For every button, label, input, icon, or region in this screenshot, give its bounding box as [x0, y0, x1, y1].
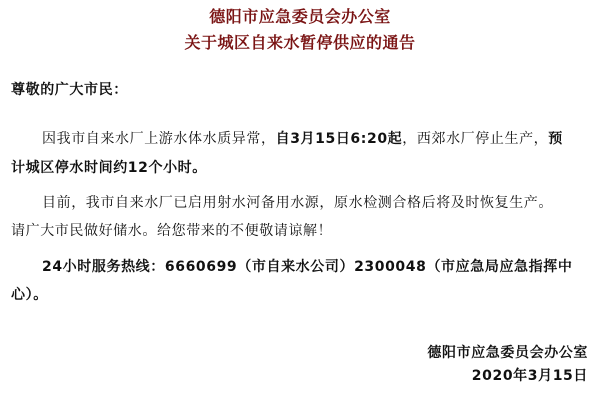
- signature-date: 2020年3月15日: [472, 366, 588, 386]
- salutation: 尊敬的广大市民：: [11, 80, 589, 100]
- paragraph1-text-2: ，西郊水厂停止生产，: [402, 131, 548, 147]
- signature-issuer: 德阳市应急委员会办公室: [427, 343, 588, 363]
- hotline-line1: 24小时服务热线：6660699（市自来水公司）2300048（市应急局应急指挥…: [42, 257, 589, 277]
- hotline-line2: 心）。: [11, 285, 589, 305]
- paragraph1-line1: 因我市自来水厂上游水体水质异常，自3月15日6:20起，西郊水厂停止生产，预: [42, 129, 589, 149]
- paragraph1-bold-end: 预: [548, 131, 563, 147]
- paragraph2-line1: 目前，我市自来水厂已启用射水河备用水源，原水检测合格后将及时恢复生产。: [42, 193, 589, 213]
- paragraph1-line2: 计城区停水时间约12个小时。: [11, 158, 589, 178]
- notice-title: 关于城区自来水暂停供应的通告: [0, 33, 600, 53]
- paragraph2-line2: 请广大市民做好储水。给您带来的不便敬请谅解！: [11, 221, 589, 241]
- paragraph1-text: 因我市自来水厂上游水体水质异常，: [42, 131, 276, 147]
- issuer-title: 德阳市应急委员会办公室: [0, 7, 600, 27]
- paragraph1-start-time: 自3月15日6:20起: [276, 131, 403, 147]
